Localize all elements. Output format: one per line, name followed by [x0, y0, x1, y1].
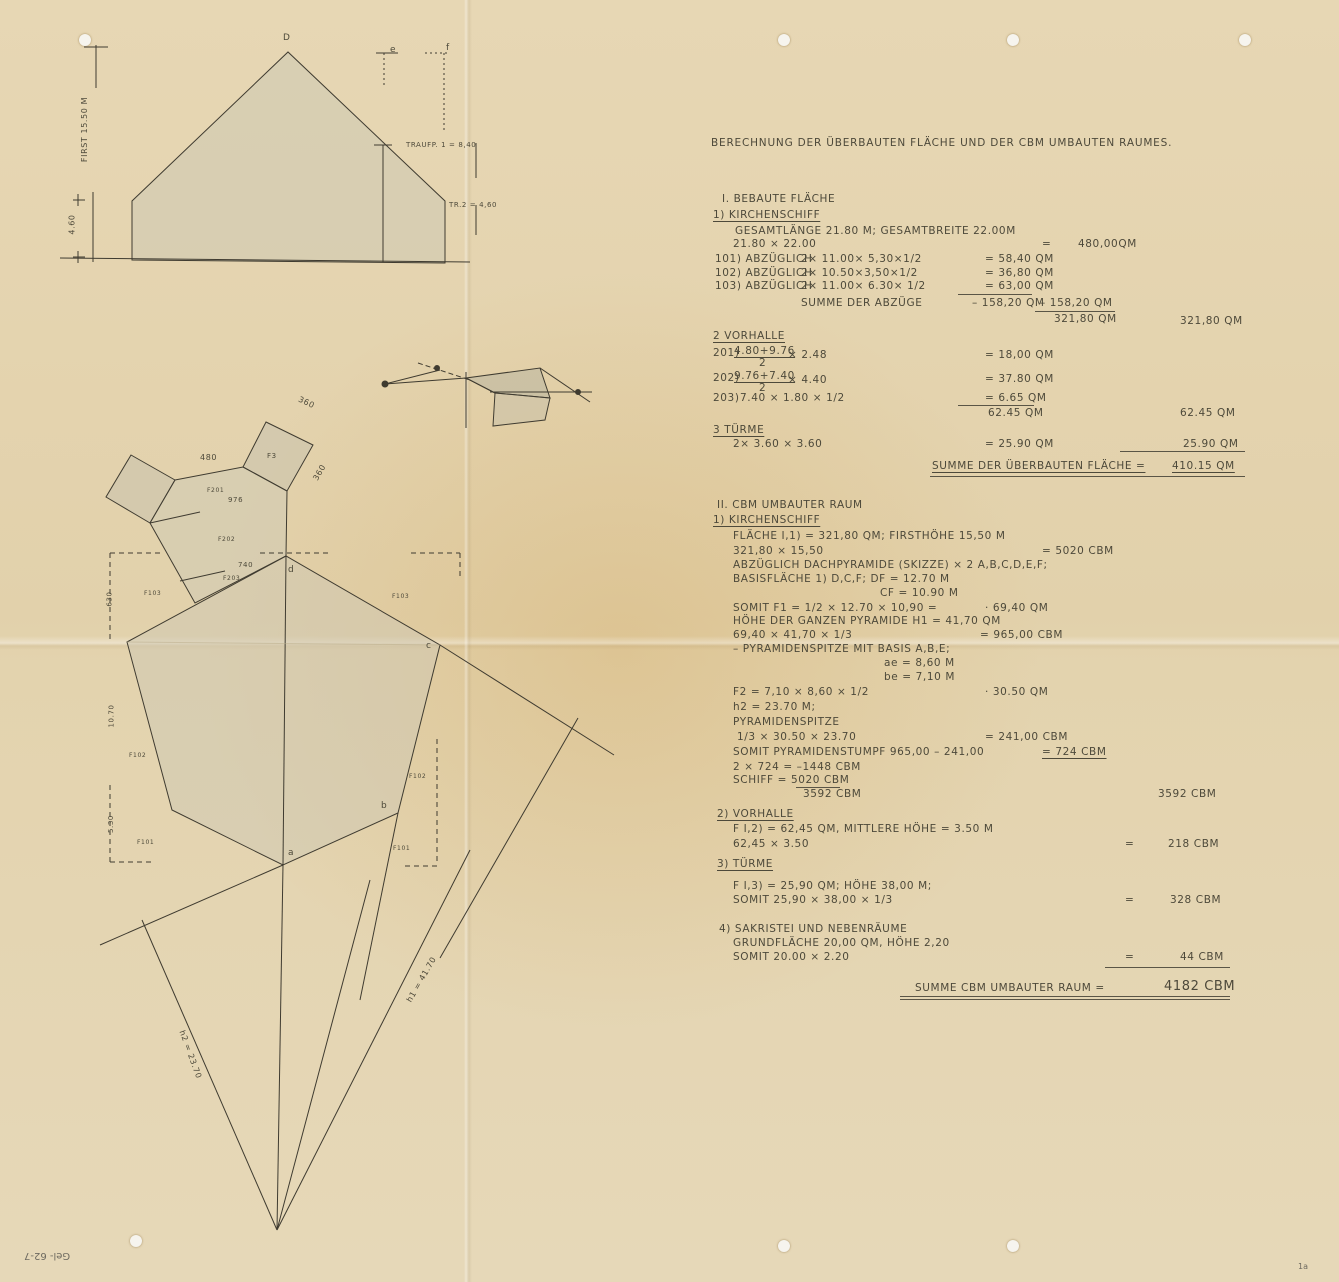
s2-eq: =: [1125, 951, 1134, 963]
t2-heading: 3) TÜRME: [717, 858, 773, 870]
kirchenschiff-total: 321,80 QM: [1180, 315, 1243, 327]
label-f102-left: F102: [129, 752, 146, 759]
tuerme-calc: 2× 3.60 × 3.60: [733, 438, 822, 450]
document-title: BERECHNUNG DER ÜBERBAUTEN FLÄCHE UND DER…: [711, 137, 1172, 149]
s2-total: 44 CBM: [1180, 951, 1224, 963]
tuerme-heading: 3 TÜRME: [713, 424, 764, 436]
vorhalle-subtotal: 62.45 QM: [988, 407, 1044, 419]
kirchenschiff-result: 480,00QM: [1078, 238, 1137, 250]
section1-sum-label: SUMME DER ÜBERBAUTEN FLÄCHE =: [932, 460, 1145, 472]
s2-heading: 4) SAKRISTEI UND NEBENRÄUME: [719, 923, 907, 935]
k2-line: SOMIT PYRAMIDENSTUMPF 965,00 – 241,00: [733, 746, 984, 758]
label-point-c: c: [426, 641, 432, 651]
vorhalle-item-den: 2: [759, 357, 766, 369]
label-point-b: b: [381, 801, 387, 811]
tuerme-value: = 25.90 QM: [985, 438, 1054, 450]
label-point-e: e: [390, 45, 396, 55]
label-dim-630: 630: [106, 591, 114, 606]
label-f102-right: F102: [409, 773, 426, 780]
kirchenschiff-subtotal: 321,80 QM: [1054, 313, 1117, 325]
label-f202: F202: [218, 536, 235, 543]
k2-line-value: · 30.50 QM: [985, 686, 1048, 698]
label-f101-left: F101: [137, 839, 154, 846]
k2-line: FLÄCHE I,1) = 321,80 QM; FIRSTHÖHE 15,50…: [733, 530, 1005, 542]
t2-line2: SOMIT 25,90 × 38,00 × 1/3: [733, 894, 893, 906]
elevation-gable: [132, 52, 445, 263]
rule: [1035, 311, 1115, 312]
deduction-formula: 2× 10.50×3,50×1/2: [801, 267, 918, 279]
deductions-sum-label: SUMME DER ABZÜGE: [801, 297, 922, 309]
rule: [958, 405, 1034, 406]
t2-eq: =: [1125, 894, 1134, 906]
label-f101-right: F101: [393, 845, 410, 852]
section2-sum-label: SUMME CBM UMBAUTER RAUM =: [915, 982, 1105, 994]
section2-sum-value: 4182 CBM: [1164, 979, 1235, 994]
kirchenschiff-eq: =: [1042, 238, 1051, 250]
label-height-460: 4.60: [68, 214, 77, 234]
k2-line: ABZÜGLICH DACHPYRAMIDE (SKIZZE) × 2 a,b,…: [733, 559, 1048, 571]
tuerme-total: 25.90 QM: [1183, 438, 1239, 450]
label-dim-480: 480: [200, 453, 217, 462]
vorhalle-item-value: = 18,00 QM: [985, 349, 1054, 361]
deduction-value: = 36,80 QM: [985, 267, 1054, 279]
k2-line: cf = 10.90 M: [880, 587, 959, 599]
label-dim-1070: 10.70: [108, 704, 116, 727]
deduction-formula: 2× 11.00× 6.30× 1/2: [801, 280, 926, 292]
vorhalle-item-rest: × 4.40: [788, 374, 827, 386]
k2-line: h2 = 23.70 M;: [733, 701, 816, 713]
label-point-d-plan: d: [288, 565, 294, 575]
label-dim-740: 740: [238, 561, 253, 569]
vorhalle-item-value: = 37.80 QM: [985, 373, 1054, 385]
k2-line: F2 = 7,10 × 8,60 × 1/2: [733, 686, 869, 698]
k2-line-value: = 5020 CBM: [1042, 545, 1114, 557]
k2-line: SCHIFF = 5020 CBM: [733, 774, 849, 786]
kirchenschiff-calc: 21.80 × 22.00: [733, 238, 816, 250]
rule: [958, 294, 1032, 295]
k2-line-value: = 724 CBM: [1042, 746, 1107, 758]
k2-line-value: · 69,40 QM: [985, 602, 1048, 614]
v2-line2: 62,45 × 3.50: [733, 838, 809, 850]
k2-heading: 1) KIRCHENSCHIFF: [713, 514, 820, 526]
vorhalle-heading: 2 VORHALLE: [713, 330, 785, 342]
label-traufe-1: TRAUFP. 1 = 8,40: [406, 141, 476, 149]
kirchenschiff-dims: GESAMTLÄNGE 21.80 M; GESAMTBREITE 22.00M: [735, 225, 1016, 237]
label-traufe-2: TR.2 = 4,60: [449, 201, 497, 209]
k2-line: 2 × 724 = –1448 CBM: [733, 761, 861, 773]
label-dim-976: 976: [228, 496, 243, 504]
k2-line: BASISFLÄCHE 1) d,c,f; df = 12.70 M: [733, 573, 950, 585]
rule: [900, 996, 1230, 997]
label-f203: F203: [223, 575, 240, 582]
vorhalle-item-rest: × 2.48: [788, 349, 827, 361]
deduction-label: 103) ABZÜGLICH: [715, 280, 812, 292]
k2-line: be = 7,10 M: [884, 671, 955, 683]
scanned-document: d e f FIRST 15.50 M 4.60 TRAUFP. 1 = 8,4…: [0, 0, 1339, 1282]
rule: [1105, 967, 1230, 968]
vorhalle-item-num: 9.76+7.40: [734, 370, 795, 382]
t2-line1: F I,3) = 25,90 QM; HÖHE 38,00 M;: [733, 880, 932, 892]
label-dim-530: 5.30: [107, 815, 115, 833]
rule: [900, 999, 1230, 1000]
k2-line: – PYRAMIDENSPITZE MIT BASIS a,b,e;: [733, 643, 950, 655]
rule: [1120, 451, 1245, 452]
vorhalle-total: 62.45 QM: [1180, 407, 1236, 419]
kirchenschiff-heading: 1) KIRCHENSCHIFF: [713, 209, 820, 221]
page-number: 1a: [1298, 1262, 1308, 1271]
vorhalle-item-value: = 6.65 QM: [985, 392, 1047, 404]
label-f201: F201: [207, 487, 224, 494]
s2-line1: GRUNDFLÄCHE 20,00 QM, HÖHE 2,20: [733, 937, 950, 949]
s2-line2: SOMIT 20.00 × 2.20: [733, 951, 850, 963]
section1-heading: I. BEBAUTE FLÄCHE: [722, 193, 835, 205]
deduction-formula: 2× 11.00× 5,30×1/2: [801, 253, 922, 265]
label-point-f: f: [446, 43, 450, 53]
t2-total: 328 CBM: [1170, 894, 1221, 906]
k2-line: 69,40 × 41,70 × 1/3: [733, 629, 852, 641]
k2-line-value: = 965,00 CBM: [980, 629, 1063, 641]
k2-line: 1/3 × 30.50 × 23.70: [737, 731, 856, 743]
v2-line1: F I,2) = 62,45 QM, MITTLERE HÖHE = 3.50 …: [733, 823, 994, 835]
k2-line: SOMIT F1 = 1/2 × 12.70 × 10,90 =: [733, 602, 937, 614]
k2-line: ae = 8,60 M: [884, 657, 955, 669]
v2-total: 218 CBM: [1168, 838, 1219, 850]
v2-heading: 2) VORHALLE: [717, 808, 794, 820]
vorhalle-item-num: 4.80+9.76: [734, 345, 795, 357]
k2-line: 321,80 × 15,50: [733, 545, 824, 557]
label-point-d-top: d: [283, 33, 291, 43]
pyramid-sketch: [382, 363, 592, 428]
rule: [930, 476, 1245, 477]
k2-line: 3592 CBM: [803, 788, 861, 800]
k2-total: 3592 CBM: [1158, 788, 1216, 800]
archive-note: Gel- 62-7: [24, 1250, 70, 1261]
section2-heading: II. CBM UMBAUTER RAUM: [717, 499, 863, 511]
deduction-value: = 58,40 QM: [985, 253, 1054, 265]
k2-line: PYRAMIDENSPITZE: [733, 716, 840, 728]
k2-line-value: = 241,00 CBM: [985, 731, 1068, 743]
deductions-sum-repeat: – 158,20 QM: [1040, 297, 1113, 309]
deduction-value: = 63,00 QM: [985, 280, 1054, 292]
section1-sum-value: 410.15 QM: [1172, 460, 1235, 472]
vorhalle-item-rest: 7.40 × 1.80 × 1/2: [740, 392, 845, 404]
v2-eq: =: [1125, 838, 1134, 850]
deduction-label: 102) ABZÜGLICH: [715, 267, 812, 279]
label-f3: F3: [267, 452, 277, 460]
label-first-height: FIRST 15.50 M: [80, 97, 89, 162]
vorhalle-item-label: 203): [713, 392, 740, 404]
label-point-a: a: [288, 848, 294, 858]
technical-drawing: [0, 0, 1339, 1282]
deductions-sum-value: – 158,20 QM: [972, 297, 1045, 309]
deduction-label: 101) ABZÜGLICH: [715, 253, 812, 265]
label-f103-left: F103: [144, 590, 161, 597]
label-f103-right: F103: [392, 593, 409, 600]
k2-line: HÖHE DER GANZEN PYRAMIDE h1 = 41,70 QM: [733, 615, 1001, 627]
